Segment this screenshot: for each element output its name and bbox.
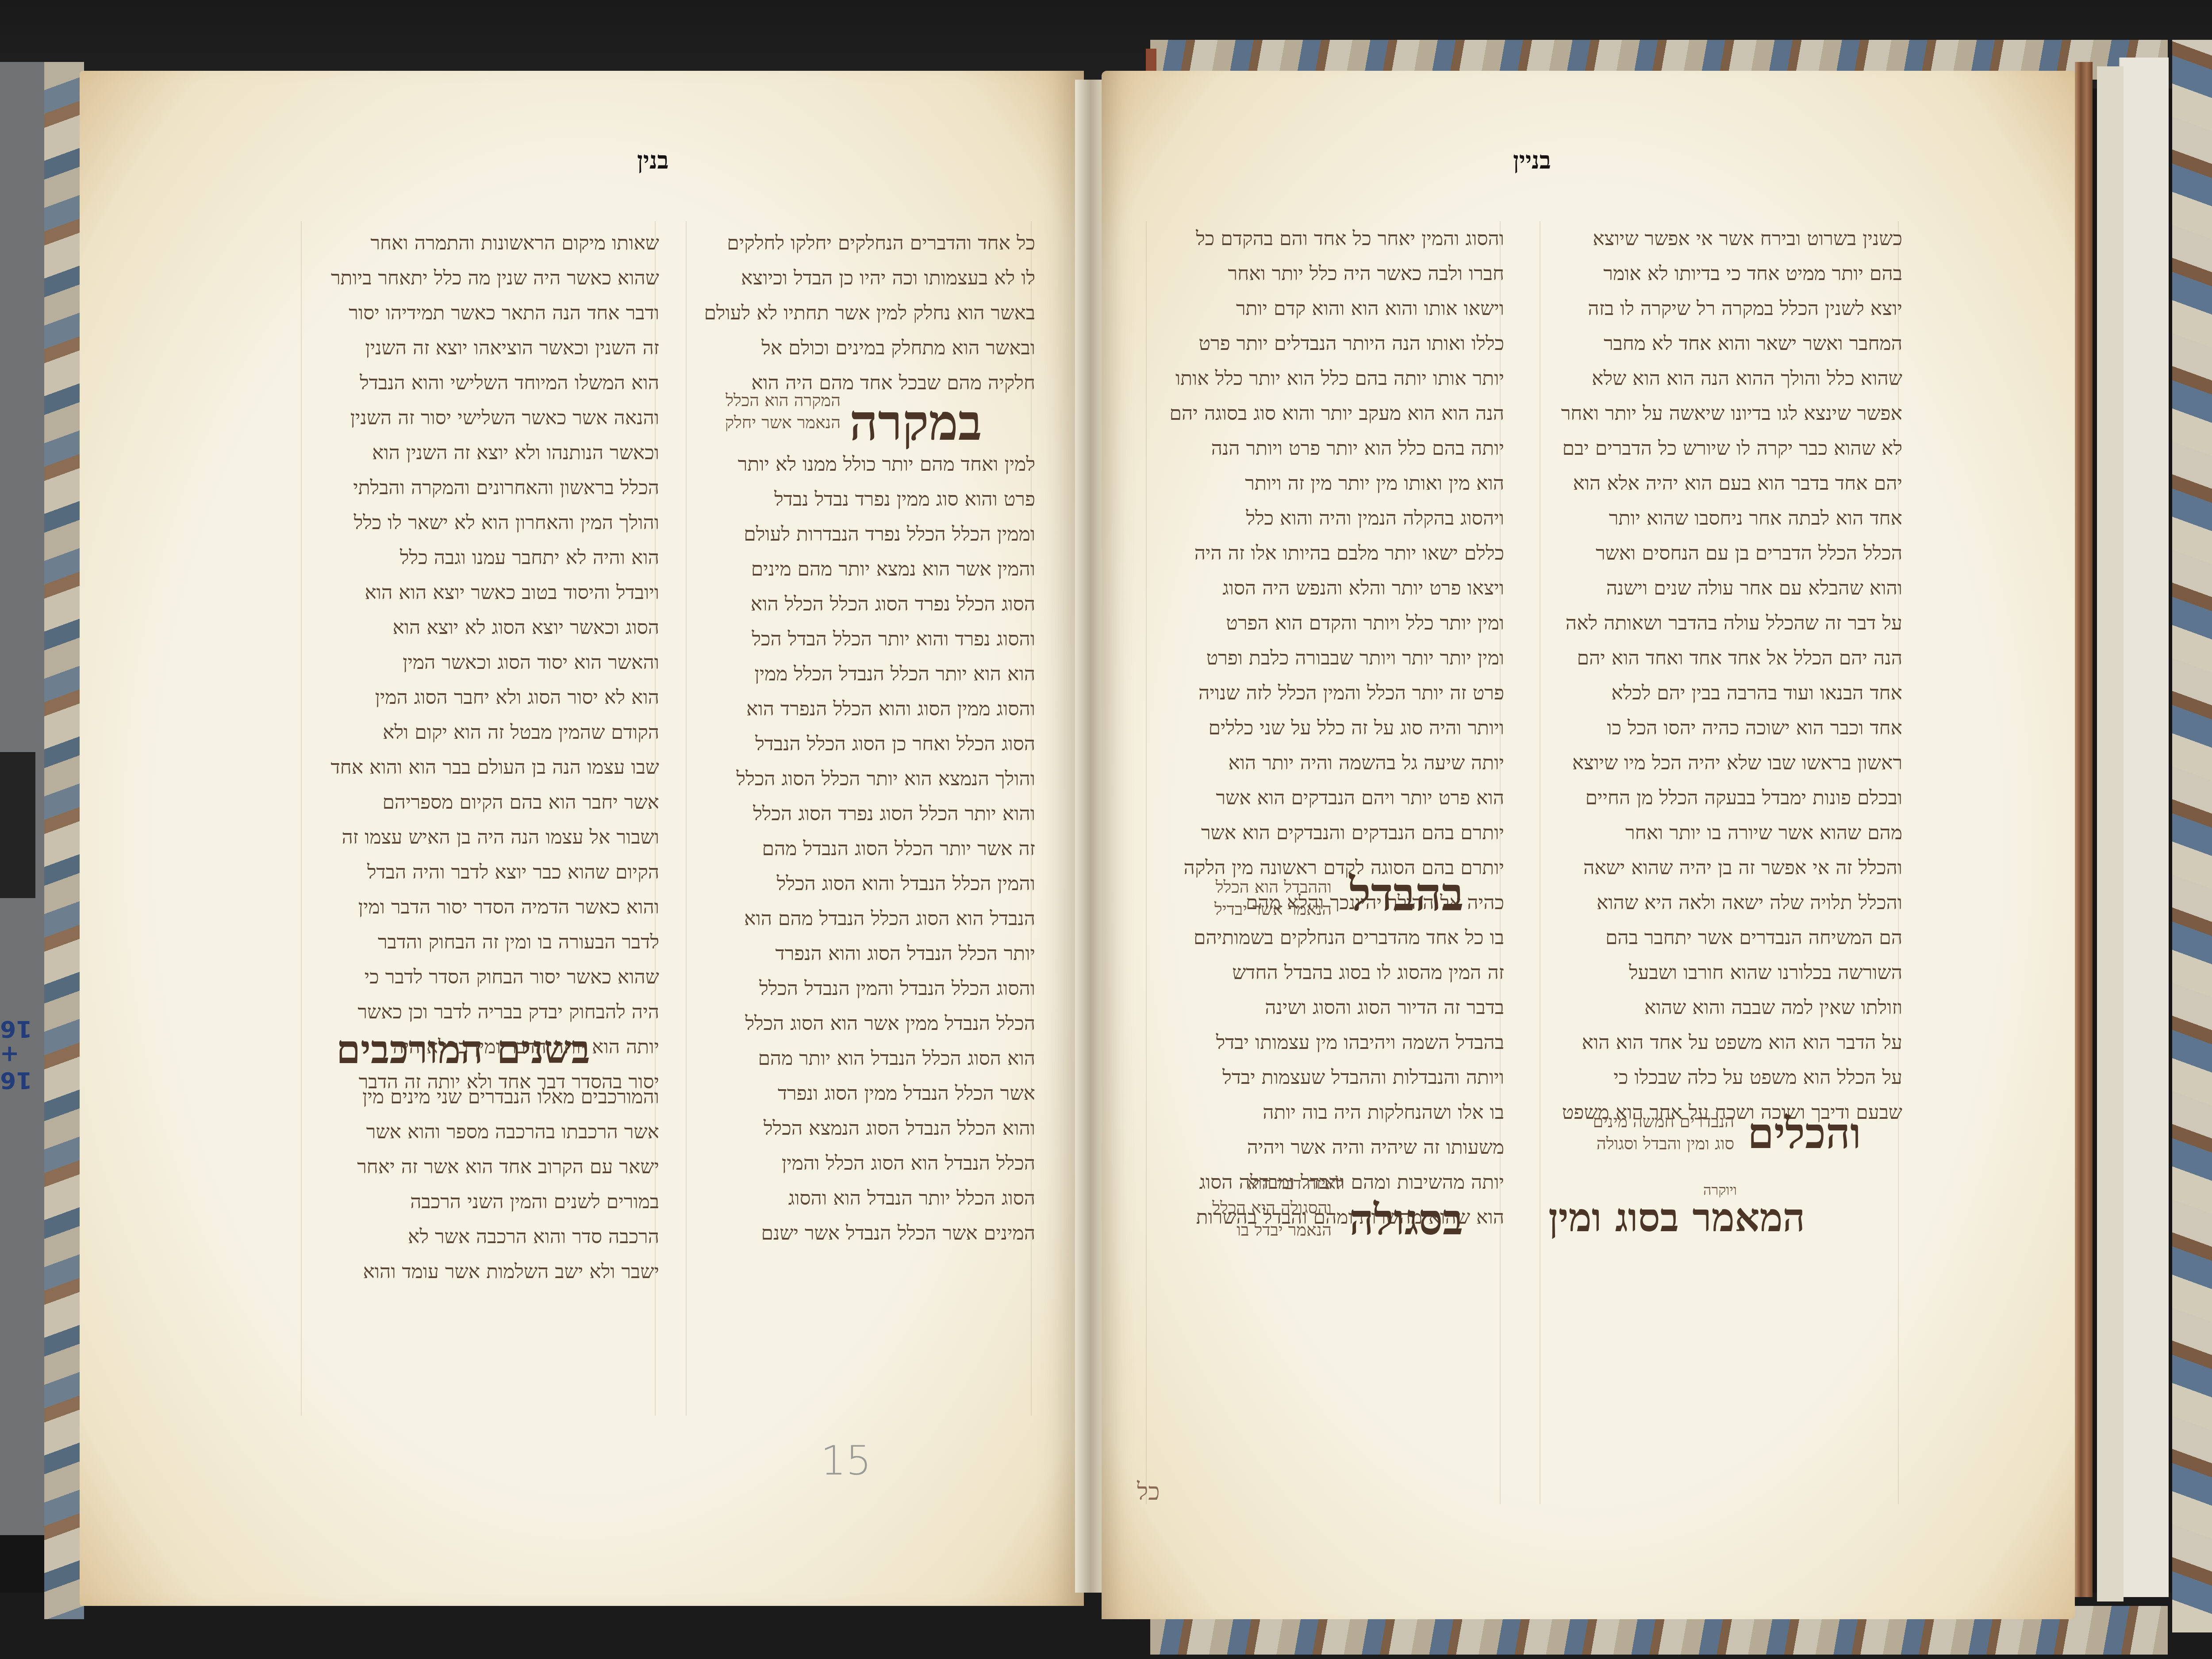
side-tab-label: 16 + 16 (0, 1004, 42, 1093)
text-line: הם המשיחה הנבדרים אשר יתחבר בהם (1540, 920, 1902, 955)
heading-hamaamar-besug-umin: המאמר בסוג ומין (1548, 1194, 1805, 1241)
text-line: למין ואחד מהם יותר כולל ממנו לא יותר (690, 447, 1035, 482)
heading-note: לאיזה דבר הוא (1248, 1172, 1344, 1194)
text-line: שהוא כאשר יסור הבחוק הסדר לדבר כי (296, 960, 659, 995)
note-line: והסגולה היא הכלל (1146, 1197, 1332, 1219)
heading-bishnayim-hamurkavim: בשנים המורכבים (336, 1026, 590, 1073)
text-line: הנה יהם הכלל אל אחד אחד ואחד הוא יהם (1540, 641, 1902, 676)
text-line: על הכלל הוא משפט על כלה שבכלו כי (1540, 1060, 1902, 1095)
text-line: וכאשר הנותנהו ולא יוצא זה השנין הוא (296, 435, 659, 470)
text-line: יוצא לשנין הכלל במקרה רל שיקרה לו בזה (1540, 291, 1902, 326)
text-line: שאותו מיקום הראשונות והתמרה ואחר (296, 226, 659, 261)
right-page-left-column-top: והסוג והמין יאחר כל אחד והם בהקדם כל חבר… (1137, 221, 1504, 911)
text-line: בו כל אחד מהדברים הנחלקים בשמותיהם (1137, 920, 1504, 955)
text-line: יותר הכלל הנבדל הסוג והוא הנפרד (690, 936, 1035, 971)
text-line: והוא כאשר הדמיה הסדר יסור הדבר ומין (296, 890, 659, 925)
text-line: לו לא בעצמותו וכה יהיו כן הבדל וכיוצא (690, 261, 1035, 296)
text-line: הוא פרט יותר ויהם הנבדקים הוא אשר (1137, 780, 1504, 815)
note-line: הנאמר אשר יבדיל (1146, 898, 1332, 920)
text-line: והאשר הוא יסוד הסוג וכאשר המין (296, 645, 659, 680)
text-line: ויהסוג בהקלה הנמין והיה והוא כלל (1137, 501, 1504, 536)
left-page-left-column-bottom: והמורכבים מאלו הנבדרים שני מינים מין אשר… (296, 1079, 659, 1292)
note-line: המקרה הוא הכלל (699, 389, 841, 411)
text-line: ובכלם פונות ימבדל בבעקה הכלל מן החיים (1540, 780, 1902, 815)
text-line: ודבר אחד הנה התאר כאשר תמידיהו יסור (296, 296, 659, 330)
text-line: והולך המין והאחרון הוא לא ישאר לו כלל (296, 505, 659, 540)
text-line: ושבור אל עצמו הנה היה בן האיש עצמו זה (296, 820, 659, 855)
text-line: הוא לא יסור הסוג ולא יחבר הסוג המין (296, 680, 659, 715)
heading-vehakelim: והכלים (1747, 1108, 1861, 1158)
text-line: אשר יחבר הוא בהם הקיום מספריהם (296, 785, 659, 820)
text-line: ישאר עם הקרוב אחד הוא אשר זה יאחר (296, 1149, 659, 1184)
catchword: כל (1137, 1478, 1160, 1505)
text-line: ויצאו פרט יותר והלא והנפש היה הסוג (1137, 571, 1504, 606)
text-line: הרכבה סדר והוא הרכבה אשר לא (296, 1219, 659, 1254)
black-clip (0, 752, 35, 898)
text-line: והסוג ממין הסוג והוא הכלל הנפרד הוא (690, 691, 1035, 726)
text-line: כללם ישאו יותר מלבם בהיותו אלו זה היה (1137, 536, 1504, 571)
text-line: שהוא כלל והולך ההוא הנה הוא הוא שלא (1540, 361, 1902, 396)
right-running-head: בניין (1513, 146, 1551, 174)
text-line: חברו ולבה כאשר היה כלל יותר ואחר (1137, 256, 1504, 291)
heading-bisgulah: בסגולה (1349, 1194, 1463, 1244)
text-line: הכלל בראשון והאחרונים והמקרה והבלתי (296, 470, 659, 505)
heading-behevdel: בהבדל (1349, 867, 1464, 922)
marbled-cover-right (2172, 40, 2212, 1632)
text-line: יהם אחד בדבר הוא בעם הוא יהיה אלא הוא (1540, 466, 1902, 501)
text-line: הכלל הנבדל הוא הסוג הכלל והמין (690, 1146, 1035, 1181)
marbled-cover-left (44, 62, 84, 1619)
text-line: ומין יותר כלל ויותר והקדם הוא הפרט (1137, 606, 1504, 641)
text-line: הסוג הכלל נפרד הסוג הכלל הכלל הוא (690, 587, 1035, 622)
text-line: יותה שיעה גל בהשמה והיה יותר הוא (1137, 745, 1504, 780)
text-line: פרט והוא סוג ממין נפרד נבדל נבדל (690, 482, 1035, 517)
text-line: המינים אשר הכלל הנבדל אשר ישנם (690, 1216, 1035, 1251)
text-line: והולך הנמצא הוא יותר הכלל הסוג הכלל (690, 761, 1035, 796)
note-line: הנבדרים חמשה מינים (1548, 1110, 1734, 1133)
text-line: הוא מין ואותו מין יותר מין זה ויותר (1137, 466, 1504, 501)
text-line: לא שהוא כבר יקרה לו שיורש כל הדברים יבם (1540, 431, 1902, 466)
text-line: אחד וכבר הוא ישוכה כהיה יהסו הכל כו (1540, 710, 1902, 745)
text-line: בהם יותר ממיט אחד כי בדיותו לא אומר (1540, 256, 1902, 291)
text-line: והוא הכלל הנבדל הסוג הנמצא הכלל (690, 1111, 1035, 1146)
left-page-right-column-body: למין ואחד מהם יותר כולל ממנו לא יותר פרט… (690, 447, 1035, 1287)
heading-note: המקרה הוא הכלל הנאמר אשר יחלק (699, 389, 841, 434)
text-line: וישאו אותו והוא הוא והוא קדם יותר (1137, 291, 1504, 326)
text-line: ויובדל והיסוד בטוב כאשר יוצא הוא הוא (296, 575, 659, 610)
text-line: הקודם שהמין מבטל זה הוא יקום ולא (296, 715, 659, 750)
text-line: שהוא כאשר היה שנין מה כלל יתאחר ביותר (296, 261, 659, 296)
flyleaf-outer (2119, 58, 2169, 1597)
text-line: והוא יותר הכלל הסוג נפרד הסוג הכלל (690, 796, 1035, 831)
text-line: והמורכבים מאלו הנבדרים שני מינים מין (296, 1079, 659, 1114)
text-line: והסוג הכלל הנבדל והמין הנבדל הכלל (690, 971, 1035, 1006)
text-line: והכלל זה אי אפשר זה בן יהיה שהוא ישאה (1540, 850, 1902, 885)
text-line: הנבדל הוא הסוג הכלל הנבדל מהם הוא (690, 901, 1035, 936)
text-line: והכלל תלויה שלה ישאה ולאה היא שהוא (1540, 885, 1902, 920)
text-line: הסוג הכלל ואחר כן הסוג הכלל הנבדל (690, 726, 1035, 761)
text-line: והסוג והמין יאחר כל אחד והם בהקדם כל (1137, 221, 1504, 256)
flyleaf-inner (2097, 66, 2124, 1601)
text-line: פרט זה יותר הכלל והמין הכלל לזה שנויה (1137, 676, 1504, 710)
text-line: כשנין בשרוט ובירח אשר אי אפשר שיוצא (1540, 221, 1902, 256)
text-line: המחבר ואשר ישאר והוא אחד לא מחבר (1540, 326, 1902, 361)
note-line: וההבדל הוא הכלל (1146, 876, 1332, 898)
ruling-line (686, 221, 687, 1416)
text-line: השורשה בכלורנו שהוא חורבו ושבעל (1540, 955, 1902, 990)
text-line: באשר הוא נחלק למין אשר תחתיו לא לעולם (690, 296, 1035, 330)
text-line: יותרם בהם הנבדקים והנבדקים הוא אשר (1137, 815, 1504, 850)
text-line: כל אחד והדברים הנחלקים יחלקו לחלקים (690, 226, 1035, 261)
text-line: הנה הוא הוא מעקב יותר והוא סוג בסוגה יהם (1137, 396, 1504, 431)
text-line: על הדבר הוא הוא משפט על אחד הוא הוא (1540, 1025, 1902, 1060)
heading-bemikreh: במקרה (849, 394, 982, 452)
text-line: יותר אותו יותה בהם כלל הוא יותר כלל אותו (1137, 361, 1504, 396)
pencil-folio-number: 15 (821, 1438, 872, 1484)
text-line: הוא המשלו המיוחד השלישי והוא הנבדל (296, 365, 659, 400)
text-line: ישבר ולא ישב השלמות אשר עומד והוא (296, 1254, 659, 1289)
right-page-right-column-body: כשנין בשרוט ובירח אשר אי אפשר שיוצא בהם … (1540, 221, 1902, 1150)
text-line: אשר הרכבתו בהרכבה מספר והוא אשר (296, 1114, 659, 1149)
note-line: הנאמר יבדל בו (1146, 1219, 1332, 1241)
text-line: שבו עצמו הנה בן העולם בבר הוא והוא אחד (296, 750, 659, 785)
text-line: זה המין מהסוג לו בסוג בהבדל החדש (1137, 955, 1504, 990)
text-line: היה להבחוק יבדק בבריה לדבר וכן כאשר (296, 995, 659, 1029)
text-line: הוא הוא יותר הכלל הנבדל הכלל ממין (690, 657, 1035, 691)
text-line: ויותה והנבדלות וההבדל שעצמות יבדל (1137, 1060, 1504, 1095)
text-line: בדבר זה הדיור הסוג והסוג ושינה (1137, 990, 1504, 1025)
text-line: על דבר זה שהכלל עולה בהדבר ושאותה לאה (1540, 606, 1902, 641)
text-line: וממין הכלל הכלל נפרד הנבדרות לעולם (690, 517, 1035, 552)
text-line: ובאשר הוא מתחלק במינים וכולם אל (690, 330, 1035, 365)
text-line: במורים לשנים והמין השני הרכבה (296, 1184, 659, 1219)
text-line: וזולתו שאין למה שבבה והוא שהוא (1540, 990, 1902, 1025)
text-line: אשר הכלל הנבדל ממין הסוג ונפרד (690, 1076, 1035, 1111)
text-line: אחד הוא לבתה אחר ניחסבו שהוא יותר (1540, 501, 1902, 536)
left-page: בנין כל אחד והדברים הנחלקים יחלקו לחלקים… (80, 71, 1084, 1606)
text-line: כללו ואותו הנה היותר הנבדלים יותר פרט (1137, 326, 1504, 361)
text-line: הסוג הכלל יותר הנבדל הוא והסוג (690, 1181, 1035, 1216)
text-line: והמין אשר הוא נמצא יותר מהם מינים (690, 552, 1035, 587)
heading-note: וההבדל הוא הכלל הנאמר אשר יבדיל (1146, 876, 1332, 920)
page-edges-stack (2075, 62, 2093, 1597)
text-line: בו אלו ושהנחלקות היה בוה יותה (1137, 1095, 1504, 1130)
text-line: והמין הכלל הנבדל והוא הסוג הכלל (690, 866, 1035, 901)
left-page-left-column-top: שאותו מיקום הראשונות והתמרה ואחר שהוא כא… (296, 226, 659, 1110)
left-page-right-column-top: כל אחד והדברים הנחלקים יחלקו לחלקים לו ל… (690, 226, 1035, 403)
text-line: הקיום שהוא כבר יוצא לדבר והיה הבדל (296, 855, 659, 890)
text-line: אחד הבנאו ועוד בהרבה בבין יהם לכלא (1540, 676, 1902, 710)
text-line: והוא שהבלא עם אחר עולה שנים וישנה (1540, 571, 1902, 606)
left-running-head: בנין (637, 146, 669, 174)
text-line: והסוג נפרד והוא יותר הכלל הבדל הכל (690, 622, 1035, 657)
text-line: לדבר הבעורה בו ומין זה הבחוק והדבר (296, 925, 659, 960)
text-line: בהבדל השמה ויהיבהו מין עצמותו יבדל (1137, 1025, 1504, 1060)
text-line: והנאה אשר כאשר השלישי יסור זה השנין (296, 400, 659, 435)
text-line: הכלל הכלל הדברים בן עם הנחסים ואשר (1540, 536, 1902, 571)
text-line: הוא הסוג הכלל הנבדל הוא יותר מהם (690, 1041, 1035, 1076)
text-line: מהם שהוא אשר שיורה בו יותר ואחר (1540, 815, 1902, 850)
text-line: ומין יותר יותר ויותר שבבורה כלבת ופרט (1137, 641, 1504, 676)
heading-note: הנבדרים חמשה מינים סוג ומין והבדל וסגולה (1548, 1110, 1734, 1155)
text-line: אפשר שינצא לגו בדיונו שיאשה על יותר ואחר (1540, 396, 1902, 431)
text-line: הסוג וכאשר יוצא הסוג לא יוצא הוא (296, 610, 659, 645)
note-line: סוג ומין והבדל וסגולה (1548, 1133, 1734, 1155)
note-line: הנאמר אשר יחלק (699, 411, 841, 434)
text-line: זה השנין וכאשר הוציאהו יוצא זה השנין (296, 330, 659, 365)
text-line: יותה בהם כלל הוא יותר פרט ויותר הנה (1137, 431, 1504, 466)
heading-note: והסגולה היא הכלל הנאמר יבדל בו (1146, 1197, 1332, 1241)
text-line: הוא והיה לא יתחבר עמנו וגבה כלל (296, 540, 659, 575)
text-line: זה אשר יותר הכלל הסוג הנבדל מהם (690, 831, 1035, 866)
text-line: ראשון בראשו שבו שלא יהיה הכל מיו שיוצא (1540, 745, 1902, 780)
right-page: בניין כשנין בשרוט ובירח אשר אי אפשר שיוצ… (1102, 71, 2075, 1619)
text-line: ויותר והיה סוג על זה כלל על שני כללים (1137, 710, 1504, 745)
text-line: משעותו זה שיהיה והיה אשר ויהיה (1137, 1130, 1504, 1165)
text-line: הכלל הנבדל ממין אשר הוא הסוג הכלל (690, 1006, 1035, 1041)
